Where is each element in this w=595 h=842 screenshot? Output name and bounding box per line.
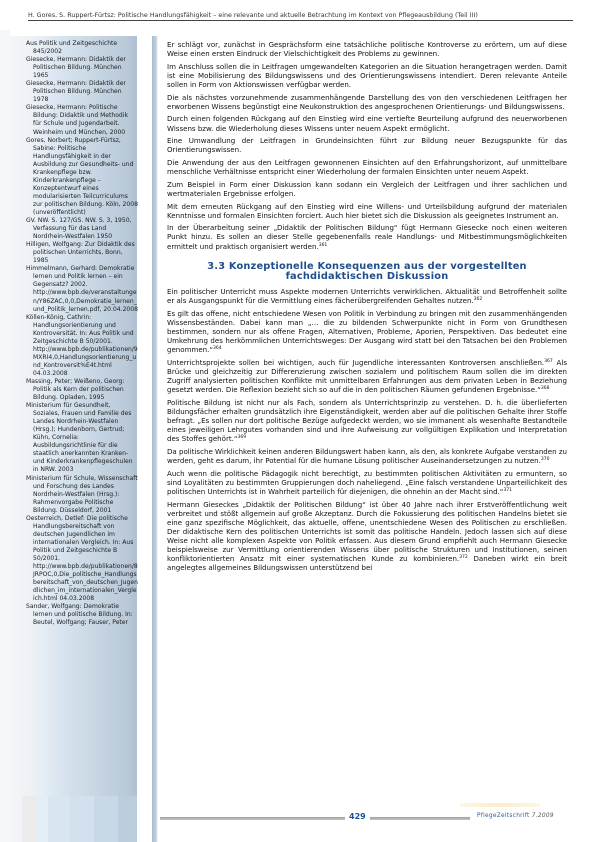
reference-item: Oesterreich, Detlef: Die politische Hand… (26, 515, 138, 604)
footer-rule-right (370, 817, 470, 820)
paragraph: Ein politischer Unterricht muss Aspekte … (167, 287, 567, 305)
paragraph: Da politische Wirklichkeit keinen andere… (167, 447, 567, 465)
paragraph: Die als nächstes vorzunehmende zusammenh… (167, 93, 567, 111)
main-text: Er schlägt vor, zunächst in Gesprächsfor… (167, 40, 567, 576)
paragraph: Politische Bildung ist nicht nur als Fac… (167, 398, 567, 443)
reference-item: Massing, Peter; Weißeno, Georg: Politik … (26, 378, 138, 402)
footnote-ref[interactable]: 370 (541, 457, 550, 462)
reference-item: Sander, Wolfgang: Demokratie lernen und … (26, 603, 138, 627)
paragraph: Die Anwendung der aus den Leitfragen gew… (167, 158, 567, 176)
footnote-ref[interactable]: 367 (544, 359, 553, 364)
footnote-ref[interactable]: 369 (238, 435, 247, 440)
journal-issue: 7.2009 (532, 813, 554, 819)
paragraph: In der Überarbeitung seiner „Didaktik de… (167, 223, 567, 250)
paragraph: Mit dem erneuten Rückgang auf den Einsti… (167, 202, 567, 220)
footer-accent (460, 803, 540, 807)
sidebar-color-blocks (22, 796, 137, 842)
footnote-ref[interactable]: 362 (474, 297, 483, 302)
reference-item: Himmelmann, Gerhard: Demokratie lernen u… (26, 265, 138, 313)
page-number: 429 (349, 812, 366, 821)
reference-item: GV. NW. S. 127/GS. NW. S. 3, 1950, Verfa… (26, 217, 138, 241)
journal-name: PflegeZeitschrift 7.2009 (477, 813, 554, 819)
reference-item: Giesecke, Hermann: Didaktik der Politisc… (26, 80, 138, 104)
page-footer: 429 PflegeZeitschrift 7.2009 (160, 813, 595, 825)
footnote-ref[interactable]: 372 (459, 555, 468, 560)
reference-item: Köllen-König, Cathrin: Handlungsorientie… (26, 314, 138, 378)
sidebar-edge (152, 36, 158, 842)
reference-item: Giesecke, Hermann: Didaktik der Politisc… (26, 56, 138, 80)
paragraph: Zum Beispiel in Form einer Diskussion ka… (167, 180, 567, 198)
footnote-ref[interactable]: 364 (213, 346, 222, 351)
paragraph: Im Anschluss sollen die in Leitfragen um… (167, 62, 567, 89)
reference-item: Aus Politik und Zeitgeschichte 845/2002 (26, 40, 138, 56)
footnote-ref[interactable]: 371 (503, 488, 512, 493)
paragraph: Er schlägt vor, zunächst in Gesprächsfor… (167, 40, 567, 58)
reference-item: Hilligen, Wolfgang: Zur Didaktik des pol… (26, 241, 138, 265)
paragraph: Eine Umwandlung der Leitfragen in Grunde… (167, 136, 567, 154)
section-heading: 3.3 Konzeptionelle Konsequenzen aus der … (167, 262, 567, 284)
reference-item: Giesecke, Hermann: Politische Bildung: D… (26, 104, 138, 136)
paragraph: Es gilt das offene, nicht entschiedene W… (167, 309, 567, 354)
running-head: H. Gores, S. Ruppert-Fürtsz: Politische … (28, 12, 573, 21)
footer-rule-left (160, 817, 345, 820)
reference-item: Ministerium für Schule, Wissenschaft und… (26, 475, 138, 515)
paragraph: Hermann Gieseckes „Didaktik der Politisc… (167, 500, 567, 573)
left-margin (0, 30, 10, 842)
paragraph: Auch wenn die politische Pädagogik nicht… (167, 469, 567, 496)
reference-item: Ministerium für Gesundheit, Soziales, Fr… (26, 402, 138, 474)
reference-list: Aus Politik und Zeitgeschichte 845/2002 … (26, 40, 138, 627)
footnote-ref[interactable]: 361 (319, 243, 328, 248)
paragraph: Durch einen folgenden Rückgang auf den E… (167, 114, 567, 132)
paragraph: Unterrichtsprojekte sollen bei wichtigen… (167, 358, 567, 394)
reference-item: Gores, Norbert; Ruppert-Fürtsz, Sabine: … (26, 137, 138, 217)
footnote-ref[interactable]: 368 (541, 386, 550, 391)
